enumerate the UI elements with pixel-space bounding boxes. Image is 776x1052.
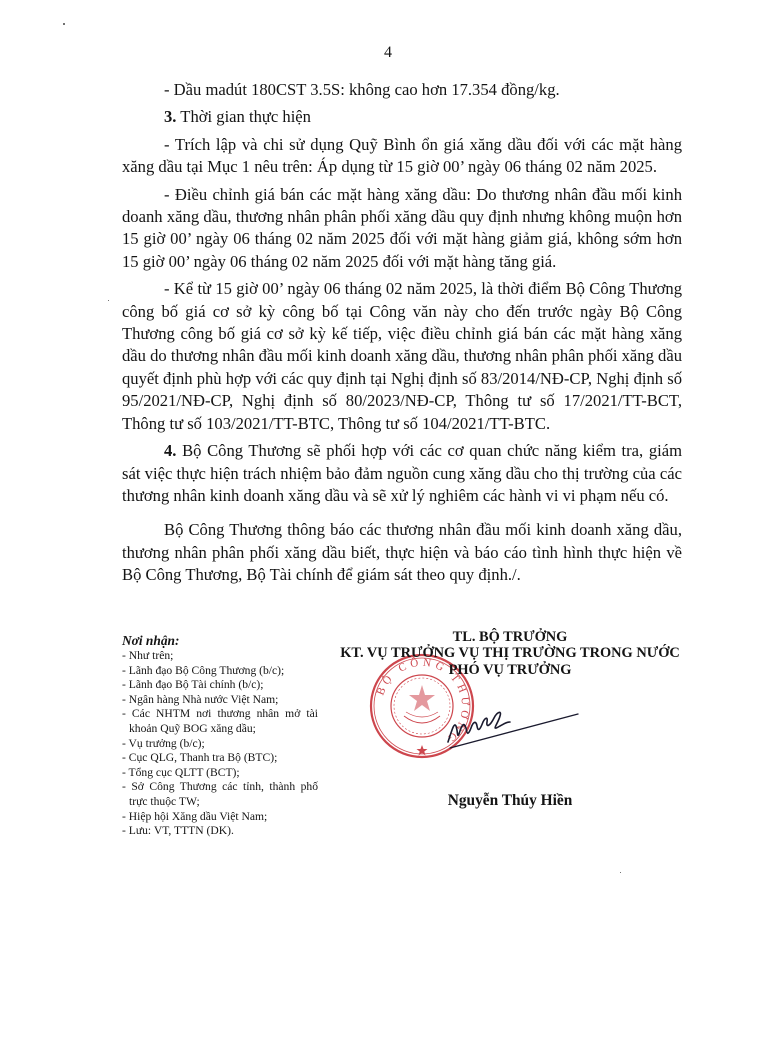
paragraph-price-adjustment: - Điều chỉnh giá bán các mặt hàng xăng d… bbox=[122, 184, 682, 274]
scan-speck bbox=[620, 872, 621, 873]
recipients-block: Nơi nhận: - Như trên; - Lãnh đạo Bộ Công… bbox=[122, 633, 318, 839]
signature-line-minister: TL. BỘ TRƯỞNG bbox=[300, 629, 720, 645]
recipients-title: Nơi nhận: bbox=[122, 633, 318, 649]
recipient-item: - Ngân hàng Nhà nước Việt Nam; bbox=[122, 693, 318, 708]
recipient-item: - Cục QLG, Thanh tra Bộ (BTC); bbox=[122, 751, 318, 766]
section-3-heading: 3. Thời gian thực hiện bbox=[122, 106, 682, 128]
section-3-number: 3. bbox=[164, 107, 176, 126]
recipient-item: - Lãnh đạo Bộ Công Thương (b/c); bbox=[122, 664, 318, 679]
paragraph-effective-period: - Kể từ 15 giờ 00’ ngày 06 tháng 02 năm … bbox=[122, 278, 682, 435]
signer-name: Nguyễn Thúy Hiền bbox=[300, 792, 720, 810]
scan-speck bbox=[63, 23, 65, 25]
recipient-item: - Hiệp hội Xăng dầu Việt Nam; bbox=[122, 810, 318, 825]
handwritten-signature-icon bbox=[440, 692, 580, 752]
signature-line-director: KT. VỤ TRƯỞNG VỤ THỊ TRƯỜNG TRONG NƯỚC bbox=[300, 645, 720, 661]
section-4-number: 4. bbox=[164, 441, 176, 460]
recipient-item: - Lưu: VT, TTTN (DK). bbox=[122, 824, 318, 839]
signature-line-deputy: PHÓ VỤ TRƯỞNG bbox=[300, 662, 720, 678]
document-body: - Dầu madút 180CST 3.5S: không cao hơn 1… bbox=[122, 79, 682, 592]
closing-paragraph: Bộ Công Thương thông báo các thương nhân… bbox=[122, 519, 682, 586]
fuel-oil-price-line: - Dầu madút 180CST 3.5S: không cao hơn 1… bbox=[122, 79, 682, 101]
section-4-paragraph: 4. Bộ Công Thương sẽ phối hợp với các cơ… bbox=[122, 440, 682, 507]
scan-speck bbox=[108, 300, 109, 301]
section-3-title: Thời gian thực hiện bbox=[176, 107, 311, 126]
paragraph-fund-usage: - Trích lập và chi sử dụng Quỹ Bình ổn g… bbox=[122, 134, 682, 179]
recipient-item: - Sở Công Thương các tỉnh, thành phố trự… bbox=[122, 780, 318, 809]
recipient-item: - Vụ trưởng (b/c); bbox=[122, 737, 318, 752]
recipient-item: - Như trên; bbox=[122, 649, 318, 664]
recipients-list: - Như trên; - Lãnh đạo Bộ Công Thương (b… bbox=[122, 649, 318, 839]
page-number: 4 bbox=[0, 44, 776, 62]
signature-title-block: TL. BỘ TRƯỞNG KT. VỤ TRƯỞNG VỤ THỊ TRƯỜN… bbox=[300, 629, 720, 678]
section-4-text: Bộ Công Thương sẽ phối hợp với các cơ qu… bbox=[122, 441, 682, 505]
recipient-item: - Tổng cục QLTT (BCT); bbox=[122, 766, 318, 781]
recipient-item: - Các NHTM nơi thương nhân mở tài khoản … bbox=[122, 707, 318, 736]
recipient-item: - Lãnh đạo Bộ Tài chính (b/c); bbox=[122, 678, 318, 693]
